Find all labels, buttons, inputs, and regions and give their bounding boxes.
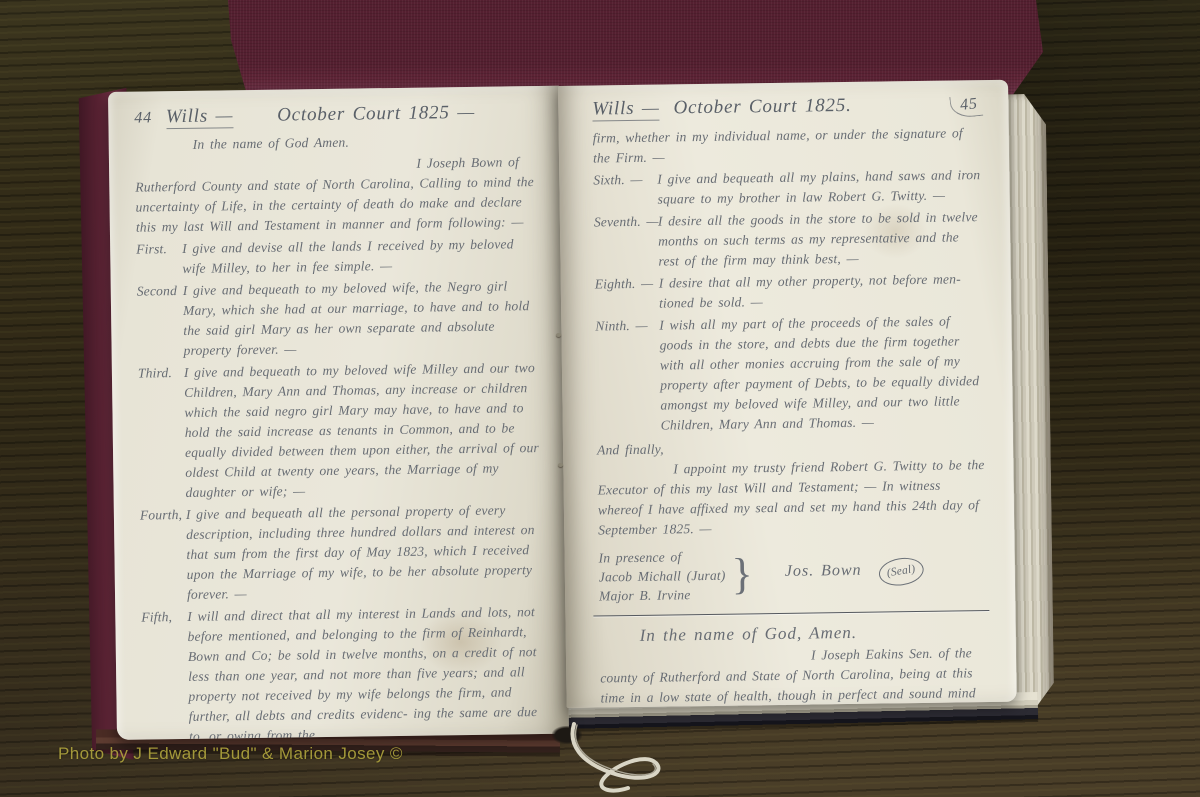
second-will-invocation: In the name of God, Amen. (600, 621, 990, 646)
clause-text: I desire all the goods in the store to b… (658, 209, 978, 268)
clause-label: Third. (138, 363, 172, 383)
right-page-header: Wills — October Court 1825. 45 (592, 94, 982, 122)
clause-text: I will and direct that all my interest i… (187, 604, 537, 740)
witness-signature-block: In presence of Jacob Michall (Jurat) Maj… (598, 543, 989, 605)
witness-name: Jacob Michall (Jurat) (599, 566, 726, 587)
clause-label: First. (136, 239, 167, 259)
right-page: Wills — October Court 1825. 45 firm, whe… (558, 80, 1017, 708)
clause-text: I give and bequeath all the personal pro… (186, 502, 535, 601)
will-preamble: Rutherford County and state of North Car… (135, 172, 538, 238)
will-clause-eighth: Eighth. — I desire that all my other pro… (595, 269, 986, 314)
clause-label: Eighth. — (595, 274, 654, 295)
binding-string (540, 718, 730, 797)
clause-text: I give and bequeath all my plains, hand … (657, 167, 980, 207)
clause-label: Sixth. — (593, 170, 643, 191)
clause-label: Seventh. — (594, 212, 659, 233)
clause-text: I desire that all my other property, not… (659, 271, 961, 310)
witness-name: Major B. Irvine (599, 585, 726, 606)
photo-credit-watermark: Photo by J Edward "Bud" & Marion Josey © (58, 744, 403, 764)
clause-label: Ninth. — (595, 316, 648, 337)
left-page: 44 Wills — October Court 1825 — In the n… (108, 86, 569, 740)
court-heading-left: October Court 1825 — (277, 103, 475, 126)
witness-brace: } (731, 546, 753, 602)
clause-text: I give and bequeath to my beloved wife M… (184, 360, 539, 500)
wills-heading-right: Wills — (592, 99, 660, 122)
will-clause-fifth: Fifth, I will and direct that all my int… (141, 602, 545, 740)
clause-label: Fifth, (141, 607, 172, 627)
photo-scene: 44 Wills — October Court 1825 — In the n… (0, 0, 1200, 797)
court-heading-right: October Court 1825. (673, 96, 851, 118)
clause-label: Second (137, 281, 177, 302)
section-divider-line (593, 610, 989, 617)
continuation-paragraph: firm, whether in my individual name, or … (593, 123, 984, 168)
clause-text: I give and bequeath to my beloved wife, … (183, 278, 530, 358)
clause-text: I wish all my part of the proceeds of th… (659, 314, 979, 433)
will-clause-seventh: Seventh. — I desire all the goods in the… (594, 207, 985, 272)
page-number-left: 44 (134, 108, 152, 128)
left-page-header: 44 Wills — October Court 1825 — (134, 102, 536, 130)
will-clause-sixth: Sixth. — I give and bequeath all my plai… (593, 165, 984, 210)
page-number-right: 45 (950, 94, 984, 119)
will-clause-third: Third. I give and bequeath to my beloved… (138, 358, 542, 504)
witness-column: In presence of Jacob Michall (Jurat) Maj… (598, 547, 725, 606)
will-clause-fourth: Fourth, I give and bequeath all the pers… (140, 500, 543, 606)
executor-paragraph: I appoint my trusty friend Robert G. Twi… (597, 455, 988, 540)
second-will-paragraph: county of Rutherford and State of North … (600, 663, 991, 708)
testator-signature: Jos. Bown (785, 562, 862, 580)
invocation-line: In the name of God Amen. (135, 130, 537, 156)
binding-stitch-dot (556, 333, 561, 337)
wills-heading-left: Wills — (166, 106, 234, 129)
binding-stitch-dot (558, 463, 563, 467)
witness-heading: In presence of (598, 547, 725, 568)
seal-mark: (Seal) (877, 555, 925, 589)
clause-label: Fourth, (140, 505, 183, 526)
will-clause-ninth: Ninth. — I wish all my part of the proce… (595, 311, 987, 436)
signature-column: Jos. Bown (Seal) (785, 558, 924, 587)
clause-text: I give and devise all the lands I receiv… (182, 236, 514, 276)
will-clause-first: First. I give and devise all the lands I… (136, 234, 539, 280)
will-clause-second: Second I give and bequeath to my beloved… (137, 276, 540, 362)
